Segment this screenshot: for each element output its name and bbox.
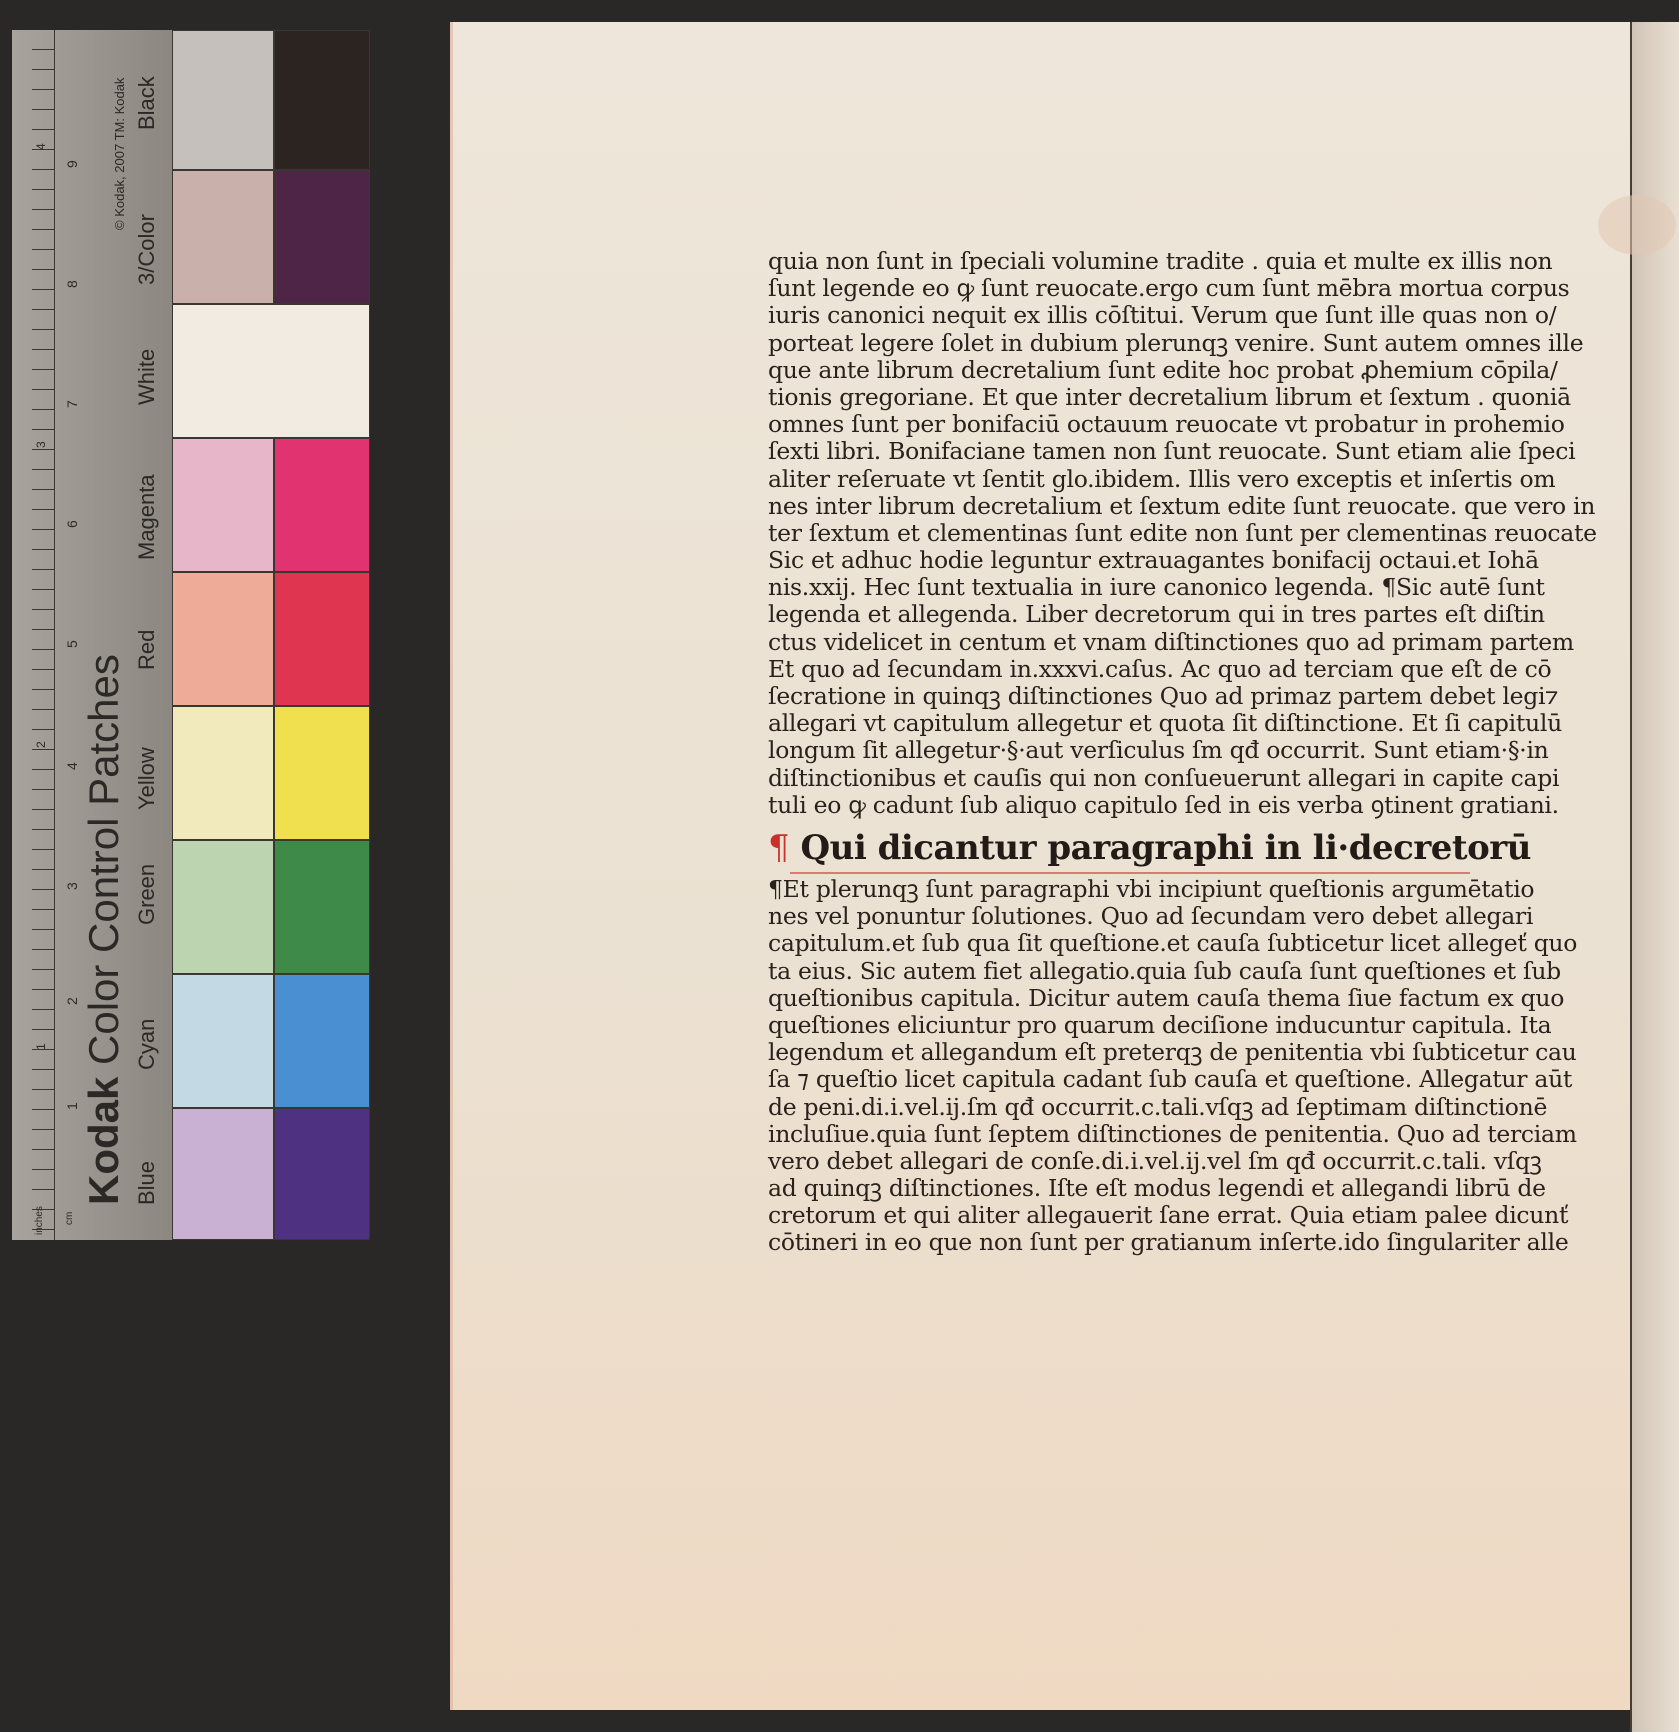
text-line: iuris canonici nequit ex illis cōſtitui.…	[768, 302, 1508, 329]
paragraph-1: quia non ſunt in ſpeciali volumine tradi…	[768, 248, 1508, 819]
inch-mark: 4	[34, 143, 48, 150]
book-gutter	[1630, 22, 1632, 1732]
patch-blue-light	[172, 1108, 274, 1240]
heading-underline	[790, 872, 1470, 874]
cm-mark: 1	[64, 1102, 80, 1110]
inch-mark: 1	[34, 1043, 48, 1050]
kodak-subtitle: Color Control Patches	[80, 654, 127, 1077]
water-stain	[1598, 195, 1676, 255]
text-line: ta eius. Sic autem fiet allegatio.quia ſ…	[768, 958, 1508, 985]
kodak-color-target: 1 2 3 4 5 6 7 8 9 1 2 3 4 inches cm Koda…	[12, 30, 370, 1240]
patch-magenta-dark	[274, 438, 370, 572]
text-line: de peni.di.i.vel.ij.ſm qđ occurrit.c.tal…	[768, 1094, 1508, 1121]
patch-white	[172, 304, 370, 438]
cm-mark: 8	[64, 280, 80, 288]
text-line: ctus videlicet in centum et vnam diſtinc…	[768, 629, 1508, 656]
text-line: cretorum et qui aliter allegauerit ſane …	[768, 1202, 1508, 1229]
patch-cyan-light	[172, 974, 274, 1108]
cm-mark: 3	[64, 882, 80, 890]
patch-cyan-dark	[274, 974, 370, 1108]
label-yellow: Yellow	[134, 747, 160, 810]
text-line: incluſiue.quia ſunt ſeptem diſtinctiones…	[768, 1121, 1508, 1148]
patch-yellow-light	[172, 706, 274, 840]
patch-blue-dark	[274, 1108, 370, 1240]
inches-label: inches	[34, 1206, 45, 1235]
text-line: queſtionibus capitula. Dicitur autem cau…	[768, 985, 1508, 1012]
text-line: ad quinqꝫ diſtinctiones. Iſte eſt modus …	[768, 1175, 1508, 1202]
patch-black-light	[172, 30, 274, 170]
text-line: cōtineri in eo que non ſunt per gratianu…	[768, 1229, 1508, 1256]
text-line: legendum et allegandum eſt preterqꝫ de p…	[768, 1039, 1508, 1066]
patch-black-dark	[274, 30, 370, 170]
label-3color: 3/Color	[134, 214, 160, 285]
page-edge	[450, 22, 453, 1710]
text-line: que ante librum decretalium ſunt edite h…	[768, 357, 1508, 384]
text-line: nis.xxij. Hec ſunt textualia in iure can…	[768, 574, 1508, 601]
copyright: © Kodak, 2007 TM: Kodak	[112, 78, 127, 230]
text-line: queſtiones eliciuntur pro quarum deciſio…	[768, 1012, 1508, 1039]
text-line: ſa ⁊ queſtio licet capitula cadant ſub c…	[768, 1066, 1508, 1093]
text-line: Et quo ad ſecundam in.xxxvi.caſus. Ac qu…	[768, 656, 1508, 683]
cm-mark: 6	[64, 520, 80, 528]
patch-magenta-light	[172, 438, 274, 572]
kodak-logo: Kodak	[80, 1077, 127, 1205]
text-line: allegari vt capitulum allegetur et quota…	[768, 710, 1508, 737]
inch-mark: 3	[34, 441, 48, 448]
label-cyan: Cyan	[134, 1019, 160, 1070]
text-line: ¶Et plerunqꝫ ſunt paragraphi vbi incipiu…	[768, 876, 1508, 903]
label-magenta: Magenta	[134, 474, 160, 560]
cm-mark: 9	[64, 160, 80, 168]
text-line: ſunt legende eo ꝙ ſunt reuocate.ergo cum…	[768, 275, 1508, 302]
ruler-ticks	[32, 30, 54, 1240]
text-line: porteat legere ſolet in dubium plerunqꝫ …	[768, 330, 1508, 357]
cm-mark: 7	[64, 400, 80, 408]
text-line: quia non ſunt in ſpeciali volumine tradi…	[768, 248, 1508, 275]
label-black: Black	[134, 76, 160, 130]
label-white: White	[134, 349, 160, 405]
pilcrow-icon: ¶	[768, 828, 789, 868]
cm-label: cm	[64, 1212, 75, 1225]
text-line: ſexti libri. Bonifaciane tamen non ſunt …	[768, 438, 1508, 465]
text-line: ter ſextum et clementinas ſunt edite non…	[768, 520, 1508, 547]
text-line: omnes ſunt per bonifaciū octauum reuocat…	[768, 411, 1508, 438]
facing-page-edge	[1630, 22, 1679, 1732]
cm-mark: 4	[64, 762, 80, 770]
patch-green-light	[172, 840, 274, 974]
text-line: nes inter librum decretalium et ſextum e…	[768, 493, 1508, 520]
ruler-line	[54, 30, 55, 1240]
label-green: Green	[134, 864, 160, 925]
patch-3color-dark	[274, 170, 370, 304]
label-red: Red	[134, 630, 160, 670]
text-line: nes vel ponuntur ſolutiones. Quo ad ſecu…	[768, 903, 1508, 930]
patch-red-light	[172, 572, 274, 706]
patch-3color-light	[172, 170, 274, 304]
text-line: diſtinctionibus et cauſis qui non conſue…	[768, 765, 1508, 792]
text-line: tionis gregoriane. Et que inter decretal…	[768, 384, 1508, 411]
heading-text: Qui dicantur paragraphi in li·decretorū	[800, 828, 1530, 868]
section-heading: ¶ Qui dicantur paragraphi in li·decretor…	[768, 828, 1468, 868]
cm-mark: 2	[64, 997, 80, 1005]
label-blue: Blue	[134, 1161, 160, 1205]
text-line: vero debet allegari de conſe.di.i.vel.ij…	[768, 1148, 1508, 1175]
text-line: capitulum.et ſub qua ſit queſtione.et ca…	[768, 930, 1508, 957]
cm-mark: 5	[64, 640, 80, 648]
text-line: tuli eo ꝙ cadunt ſub aliquo capitulo ſed…	[768, 792, 1508, 819]
patch-red-dark	[274, 572, 370, 706]
text-line: aliter reſeruate vt ſentit glo.ibidem. I…	[768, 466, 1508, 493]
text-line: Sic et adhuc hodie leguntur extrauagante…	[768, 547, 1508, 574]
inch-mark: 2	[34, 741, 48, 748]
patch-yellow-dark	[274, 706, 370, 840]
text-line: legenda et allegenda. Liber decretorum q…	[768, 601, 1508, 628]
patch-green-dark	[274, 840, 370, 974]
paragraph-2: ¶Et plerunqꝫ ſunt paragraphi vbi incipiu…	[768, 876, 1508, 1257]
text-line: longum ſit allegetur·§·aut verſiculus ſm…	[768, 737, 1508, 764]
kodak-title: Kodak Color Control Patches	[80, 654, 128, 1205]
text-line: ſecratione in quinqꝫ diſtinctiones Quo a…	[768, 683, 1508, 710]
